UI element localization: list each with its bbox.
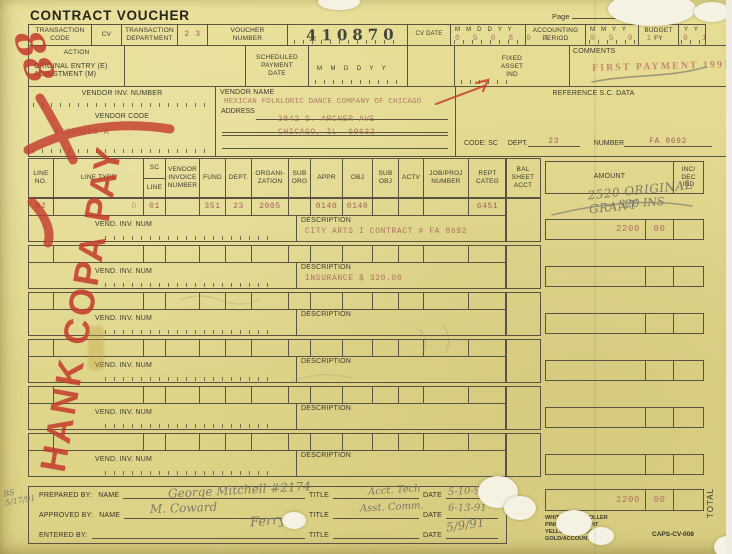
entered-by-label: ENTERED BY: xyxy=(39,532,88,539)
total-amount-box: 2200 00 xyxy=(545,489,674,511)
col-rept-categ: REPT CATEG xyxy=(476,170,499,186)
bal-sheet-box xyxy=(505,339,541,383)
cv-date-box: M M D D Y Y 0 5 0 8 9 1 xyxy=(450,24,526,46)
col-sub-obj: SUB OBJ xyxy=(379,170,393,186)
action-entry-box xyxy=(124,45,246,87)
number-label: NUMBER xyxy=(594,140,624,147)
inc-dec-box xyxy=(673,360,704,381)
tick-marks xyxy=(105,283,275,287)
vend-inv-num-label: VEND. INV. NUM xyxy=(95,409,152,417)
tick-marks xyxy=(105,236,275,240)
vend-inv-num-label: VEND. INV. NUM xyxy=(95,315,152,323)
vendor-inv-number-label: VENDOR INV. NUMBER xyxy=(29,90,215,98)
torn-paper-patch xyxy=(608,0,696,26)
total-label: TOTAL xyxy=(706,468,715,518)
dept-value-line: 23 xyxy=(528,138,580,147)
tape-stain xyxy=(88,326,104,370)
scan-edge xyxy=(726,0,732,554)
dept-value: 23 xyxy=(548,137,559,146)
comments-stamp: FIRST PAYMENT 1991 xyxy=(592,59,731,74)
contract-voucher-scan: CONTRACT VOUCHER Page of TRANSACTION COD… xyxy=(0,0,732,554)
inc-dec-box xyxy=(673,407,704,428)
tick-marks xyxy=(33,103,211,107)
voucher-number-label: VOUCHER NUMBER xyxy=(231,27,265,43)
prepared-title-line xyxy=(333,498,419,499)
description-label: DESCRIPTION xyxy=(301,264,351,272)
tick-marks xyxy=(105,330,275,334)
cell-dept: 23 xyxy=(233,203,244,211)
cell-line-no: 02 xyxy=(36,203,47,211)
fixed-asset-box: FIXED ASSET IND xyxy=(454,45,570,87)
white-out-blob xyxy=(556,510,592,536)
scheduled-payment-label: SCHEDULED PAYMENT DATE xyxy=(256,54,298,77)
cell-organization: 2005 xyxy=(259,203,281,211)
description-value: CITY ARTS I CONTRACT # FA 8692 xyxy=(305,228,467,236)
vend-inv-num-label: VEND. INV. NUM xyxy=(95,456,152,464)
entered-signature: Ferry xyxy=(249,512,286,530)
number-value-line: FA 8692 xyxy=(624,138,712,147)
budget-fy-mask: Y Y xyxy=(684,27,700,33)
col-bal-sheet: BAL SHEET ACCT xyxy=(512,166,535,189)
col-amount: AMOUNT xyxy=(594,173,626,181)
white-out-blob xyxy=(282,512,306,529)
approved-signature: M. Coward xyxy=(150,500,218,516)
description-value: INSURANCE $ 320.00 xyxy=(305,275,402,283)
amount-cents: 00 xyxy=(653,225,665,234)
torn-paper-patch xyxy=(318,0,360,10)
form-code: CAPS-CV-008 xyxy=(652,531,694,538)
entered-name-line xyxy=(92,538,305,539)
vendor-name-label: VENDOR NAME xyxy=(220,89,274,97)
tick-marks xyxy=(454,40,522,44)
inc-dec-box xyxy=(673,266,704,287)
approved-title-line xyxy=(333,518,419,519)
transaction-department-label: TRANSACTION DEPARTMENT xyxy=(125,27,174,43)
amount-box xyxy=(545,313,674,334)
vendor-code-label: VENDOR CODE xyxy=(29,113,215,121)
scheduled-date-mask: M M D D Y Y xyxy=(317,66,389,72)
date-label: DATE xyxy=(423,512,442,519)
description-label: DESCRIPTION xyxy=(301,311,351,319)
description-label: DESCRIPTION xyxy=(301,452,351,460)
description-label: DESCRIPTION xyxy=(301,358,351,366)
date-label: DATE xyxy=(423,532,442,539)
title-label: TITLE xyxy=(309,512,329,519)
amount-value: 2200 xyxy=(616,225,640,234)
budget-fy-label: BUDGET FY xyxy=(644,27,672,43)
tick-marks xyxy=(105,471,275,475)
amount-box xyxy=(545,454,674,475)
bal-sheet-box xyxy=(505,245,541,289)
col-vendor-invoice: VENDOR INVOICE NUMBER xyxy=(168,166,197,189)
bal-sheet-box xyxy=(505,198,541,242)
bal-sheet-box xyxy=(505,292,541,336)
number-value: FA 8692 xyxy=(649,137,687,146)
name-label: NAME xyxy=(98,492,119,499)
tick-marks xyxy=(105,377,275,381)
budget-fy-box: Y Y 9 1 xyxy=(678,24,706,46)
description-label: DESCRIPTION xyxy=(301,405,351,413)
address-blank-line xyxy=(222,148,448,149)
cell-rept-categ: 6451 xyxy=(477,203,499,211)
bal-sheet-box xyxy=(505,386,541,430)
cell-line-type: D xyxy=(132,203,137,211)
empty-box xyxy=(407,45,455,87)
prepared-by-label: PREPARED BY: xyxy=(39,492,92,499)
date-label: DATE xyxy=(423,492,442,499)
tick-marks xyxy=(681,40,703,44)
col-appr: APPR xyxy=(317,174,336,182)
inc-dec-box xyxy=(673,219,704,240)
page-title: CONTRACT VOUCHER xyxy=(30,8,190,23)
tick-marks xyxy=(294,40,402,44)
cell-fund: 351 xyxy=(204,203,220,211)
col-sc: SC xyxy=(144,159,165,178)
bal-sheet-box xyxy=(505,433,541,477)
dept-label: DEPT. xyxy=(508,140,528,147)
col-job-proj: JOB/PROJ NUMBER xyxy=(429,170,462,186)
paper-crease xyxy=(594,0,596,554)
cv-date-mask: M M D D Y Y xyxy=(455,27,514,33)
transaction-department-value: 2 3 xyxy=(184,31,200,39)
col-fund: FUND xyxy=(203,174,222,182)
inc-dec-box xyxy=(673,454,704,475)
total-amount-cents: 00 xyxy=(653,496,665,505)
amount-box xyxy=(545,407,674,428)
amount-box: 2200 00 xyxy=(545,219,674,240)
name-label: NAME xyxy=(99,512,120,519)
col-sub-org: SUB ORG xyxy=(292,170,307,186)
code-sc-label: CODE: SC xyxy=(464,140,498,147)
code-sc-line: CODE: SC DEPT. 23 NUMBER FA 8692 xyxy=(464,138,712,147)
torn-paper-patch xyxy=(694,2,730,22)
accounting-period-label: ACCOUNTING PERIOD xyxy=(533,27,579,43)
col-organization: ORGANI- ZATION xyxy=(255,170,284,186)
col-sc-line: LINE xyxy=(144,178,165,198)
col-actv: ACTV xyxy=(402,174,420,182)
cv-date-label: CV DATE xyxy=(416,31,443,38)
scheduled-date-box: M M D D Y Y xyxy=(308,45,408,87)
tick-marks xyxy=(461,80,513,84)
fixed-asset-label: FIXED ASSET IND xyxy=(455,55,569,78)
col-obj: OBJ xyxy=(351,174,364,182)
cv-label: CV xyxy=(102,31,111,39)
cell-appr: 0140 xyxy=(316,203,338,211)
col-line-no: LINE NO. xyxy=(33,170,48,186)
col-dept: DEPT. xyxy=(229,174,248,182)
entered-date-line xyxy=(446,538,498,539)
tick-marks xyxy=(105,424,275,428)
amount-box xyxy=(545,266,674,287)
approved-date-handwriting: 6-13-91 xyxy=(448,503,487,514)
title-label: TITLE xyxy=(309,492,329,499)
line-item-block-6: VEND. INV. NUM DESCRIPTION xyxy=(28,433,507,477)
inc-dec-box xyxy=(673,313,704,334)
title-label: TITLE xyxy=(309,532,329,539)
tick-marks xyxy=(315,80,401,84)
vendor-name-box: VENDOR NAME MEXICAN FOLKLORIC DANCE COMP… xyxy=(215,86,456,157)
white-out-blob xyxy=(588,527,614,545)
page-label: Page xyxy=(552,12,570,21)
cell-sc-line: 01 xyxy=(149,203,160,211)
approved-by-label: APPROVED BY: xyxy=(39,512,93,519)
total-amount-value: 2200 xyxy=(616,496,640,505)
description-label: DESCRIPTION xyxy=(301,217,351,225)
entered-title-line xyxy=(333,538,419,539)
voucher-number-box: 410870 xyxy=(287,24,408,46)
line-item-block-5: VEND. INV. NUM DESCRIPTION xyxy=(28,386,507,430)
total-inc-dec-box xyxy=(673,489,704,511)
address-blank-line xyxy=(222,135,448,136)
cell-obj: 0140 xyxy=(347,203,369,211)
white-out-blob xyxy=(504,496,536,520)
amount-box xyxy=(545,360,674,381)
